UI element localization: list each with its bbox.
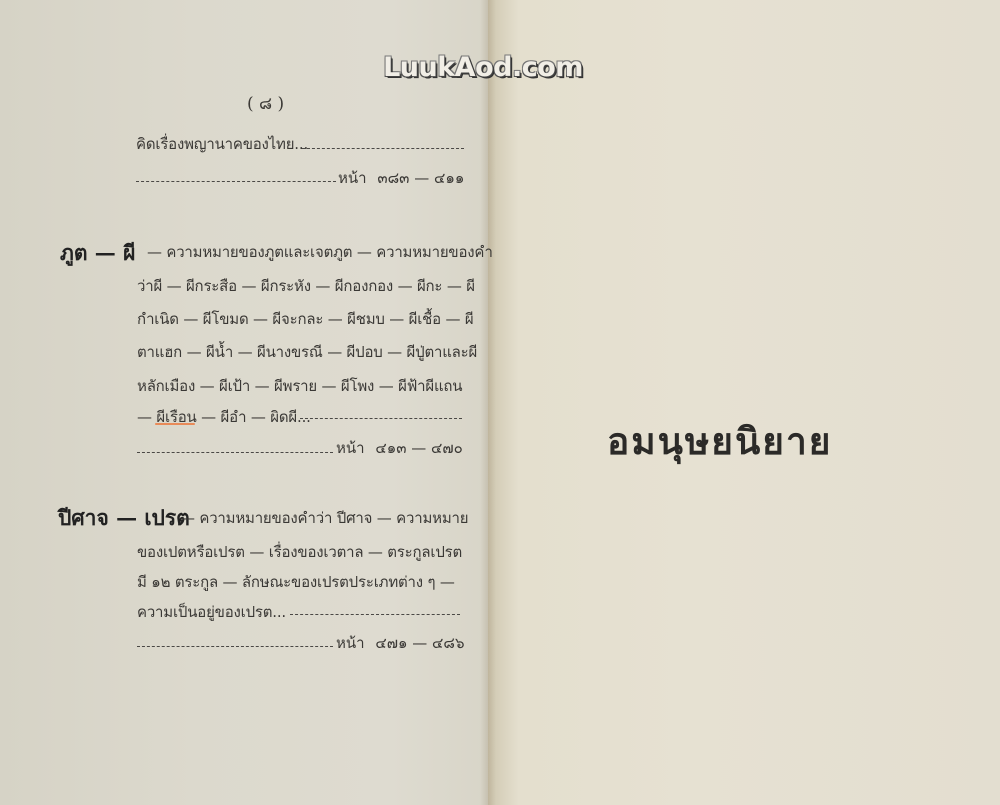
toc-entry-line: ของเปตหรือเปรต — เรื่องของเวตาล — ตระกูล… [137,540,462,564]
page-label: หน้า [336,634,365,652]
toc-entry-line: ตาแฮก — ผีน้ำ — ผีนางขรณี — ผีปอบ — ผีปู… [137,340,477,364]
leader-dots [290,614,460,615]
page-range: ๓๘๓ — ๔๑๑ [377,169,464,187]
toc-entry-line: ว่าผี — ผีกระสือ — ผีกระหัง — ผีกองกอง —… [137,274,475,298]
toc-entry-line: คิดเรื่องพญานาคของไทย... [136,132,308,156]
watermark: LuukAod.com [378,52,588,83]
leader-dots [137,452,333,453]
section-heading: ภูต — ผี [60,237,135,270]
page-range: ๔๗๑ — ๔๘๖ [375,634,464,652]
page-ref: หน้า ๔๗๑ — ๔๘๖ [336,631,465,655]
toc-entry-line: ความเป็นอยู่ของเปรต... [137,600,286,624]
leader-dots [137,646,333,647]
toc-entry-line: — ผีเรือน — ผีอำ — ผิดผี... [137,405,311,429]
leader-dots [302,148,464,149]
page-label: หน้า [338,169,367,187]
toc-entry-line: มี ๑๒ ตระกูล — ลักษณะของเปรตประเภทต่าง ๆ… [137,570,455,594]
page-range: ๔๑๓ — ๔๗๐ [375,439,462,457]
page-ref: หน้า ๓๘๓ — ๔๑๑ [338,166,464,190]
toc-entry-line: หลักเมือง — ผีเป้า — ผีพราย — ผีโพง — ผี… [137,374,462,398]
page-ref: หน้า ๔๑๓ — ๔๗๐ [336,436,463,460]
toc-entry-line: — ความหมายของคำว่า ปีศาจ — ความหมาย [180,506,468,530]
highlight-underline [155,423,195,425]
left-page [0,0,488,805]
page-number: ( ๘ ) [247,90,284,117]
book-gutter [480,0,496,805]
leader-dots [300,418,462,419]
section-heading: ปีศาจ — เปรต [58,502,190,535]
page-label: หน้า [336,439,365,457]
section-title: อมนุษยนิยาย [607,412,832,471]
right-page [488,0,1000,805]
toc-entry-line: กำเนิด — ผีโขมด — ผีจะกละ — ผีชมบ — ผีเช… [137,307,473,331]
leader-dots [136,181,336,182]
toc-entry-line: — ความหมายของภูตและเจตภูต — ความหมายของค… [147,240,493,264]
